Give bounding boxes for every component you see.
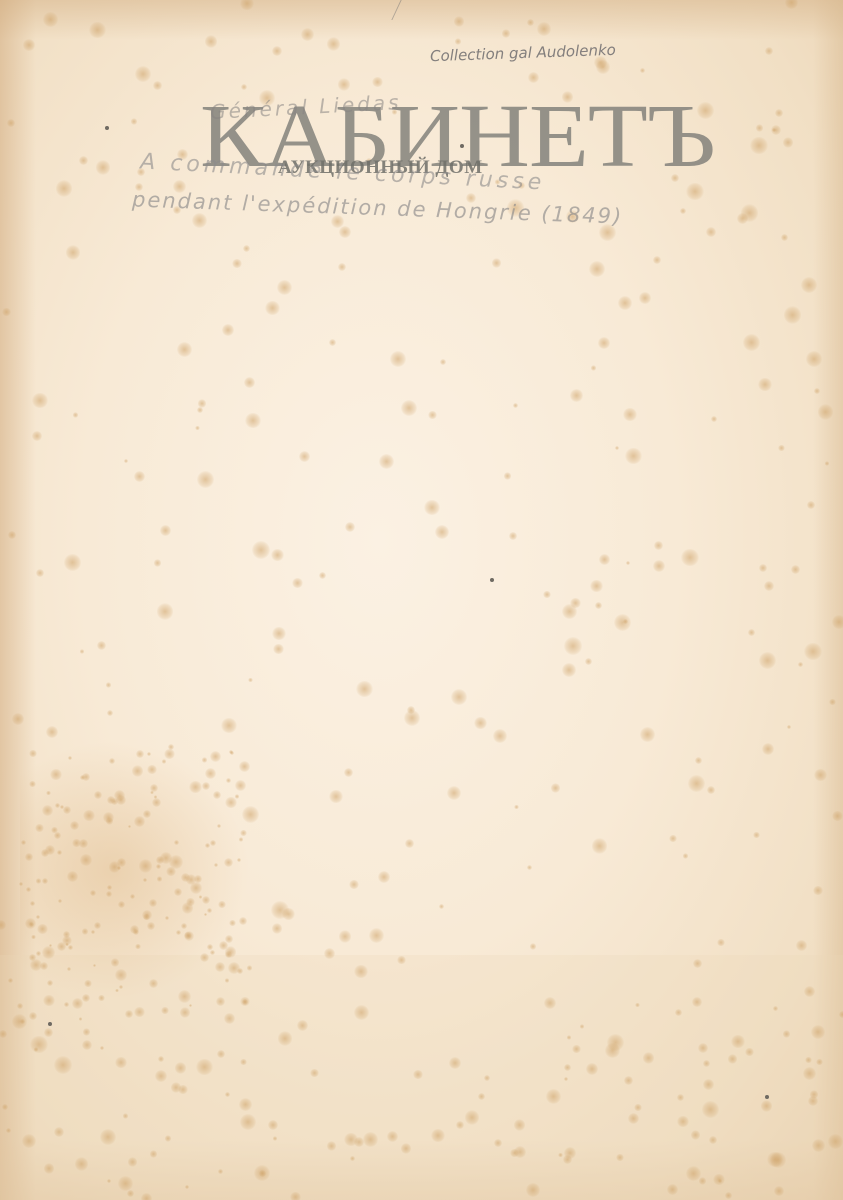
foxing-spot bbox=[338, 263, 346, 271]
foxing-spot bbox=[765, 47, 773, 55]
foxing-spot bbox=[217, 1050, 225, 1058]
foxing-spot bbox=[537, 22, 551, 36]
foxing-spot bbox=[186, 874, 196, 884]
foxing-spot bbox=[372, 77, 382, 87]
foxing-spot bbox=[64, 1002, 68, 1006]
foxing-spot bbox=[767, 1152, 782, 1167]
foxing-spot bbox=[813, 886, 823, 896]
foxing-spot bbox=[439, 904, 444, 909]
foxing-spot bbox=[451, 689, 467, 705]
foxing-spot bbox=[235, 794, 240, 799]
foxing-spot bbox=[363, 1132, 378, 1147]
foxing-spot bbox=[8, 531, 17, 540]
foxing-spot bbox=[299, 451, 310, 462]
foxing-spot bbox=[221, 718, 237, 734]
foxing-spot bbox=[455, 38, 461, 44]
foxing-spot bbox=[677, 1116, 689, 1128]
foxing-spot bbox=[115, 969, 127, 981]
foxing-spot bbox=[218, 1169, 222, 1173]
foxing-spot bbox=[40, 962, 48, 970]
foxing-spot bbox=[196, 1059, 212, 1075]
foxing-spot bbox=[207, 944, 213, 950]
foxing-spot bbox=[728, 1054, 737, 1063]
dark-speck bbox=[490, 578, 494, 582]
foxing-spot bbox=[564, 1077, 568, 1081]
foxing-spot bbox=[801, 277, 817, 293]
foxing-spot bbox=[504, 472, 511, 479]
foxing-spot bbox=[141, 1193, 152, 1200]
foxing-spot bbox=[213, 791, 221, 799]
foxing-spot bbox=[119, 985, 123, 989]
foxing-spot bbox=[804, 643, 821, 660]
foxing-spot bbox=[449, 1057, 461, 1069]
foxing-spot bbox=[589, 261, 605, 277]
foxing-spot bbox=[811, 1025, 825, 1039]
foxing-spot bbox=[527, 19, 534, 26]
foxing-spot bbox=[242, 806, 259, 823]
foxing-spot bbox=[681, 549, 699, 567]
foxing-spot bbox=[46, 726, 58, 738]
foxing-spot bbox=[252, 541, 270, 559]
foxing-spot bbox=[639, 292, 651, 304]
foxing-spot bbox=[157, 603, 174, 620]
foxing-spot bbox=[456, 1121, 464, 1129]
foxing-spot bbox=[36, 569, 44, 577]
foxing-spot bbox=[166, 867, 175, 876]
foxing-spot bbox=[354, 965, 367, 978]
foxing-spot bbox=[599, 554, 610, 565]
foxing-spot bbox=[152, 798, 161, 807]
foxing-spot bbox=[160, 852, 172, 864]
foxing-spot bbox=[43, 12, 58, 27]
foxing-spot bbox=[564, 1064, 571, 1071]
foxing-spot bbox=[832, 811, 843, 822]
foxing-spot bbox=[134, 471, 145, 482]
foxing-spot bbox=[731, 1035, 745, 1049]
foxing-spot bbox=[82, 928, 88, 934]
foxing-spot bbox=[73, 412, 78, 417]
foxing-spot bbox=[514, 1119, 525, 1130]
dark-speck bbox=[105, 126, 109, 130]
foxing-spot bbox=[796, 940, 807, 951]
foxing-spot bbox=[378, 871, 390, 883]
foxing-spot bbox=[640, 68, 644, 72]
foxing-spot bbox=[60, 805, 65, 810]
foxing-spot bbox=[640, 727, 655, 742]
foxing-spot bbox=[764, 581, 774, 591]
foxing-spot bbox=[431, 1129, 445, 1143]
foxing-spot bbox=[643, 1052, 655, 1064]
foxing-spot bbox=[580, 1024, 585, 1029]
foxing-spot bbox=[210, 950, 215, 955]
foxing-spot bbox=[628, 1113, 639, 1124]
foxing-spot bbox=[181, 923, 186, 928]
foxing-spot bbox=[68, 756, 72, 760]
foxing-spot bbox=[625, 448, 641, 464]
foxing-spot bbox=[124, 459, 129, 464]
foxing-spot bbox=[798, 662, 803, 667]
foxing-spot bbox=[301, 28, 314, 41]
pencil-scribble-top bbox=[391, 0, 441, 20]
foxing-spot bbox=[277, 280, 292, 295]
foxing-spot bbox=[527, 865, 532, 870]
foxing-spot bbox=[0, 920, 6, 930]
foxing-spot bbox=[147, 765, 156, 774]
foxing-spot bbox=[111, 798, 118, 805]
foxing-spot bbox=[244, 377, 255, 388]
foxing-spot bbox=[12, 713, 24, 725]
foxing-spot bbox=[239, 1098, 252, 1111]
foxing-spot bbox=[150, 1150, 157, 1157]
foxing-spot bbox=[161, 1007, 169, 1015]
foxing-spot bbox=[93, 964, 96, 967]
foxing-spot bbox=[139, 859, 153, 873]
foxing-spot bbox=[543, 591, 551, 599]
foxing-spot bbox=[239, 917, 247, 925]
foxing-spot bbox=[265, 301, 279, 315]
foxing-spot bbox=[677, 1094, 684, 1101]
foxing-spot bbox=[64, 554, 81, 571]
foxing-spot bbox=[44, 1163, 54, 1173]
foxing-spot bbox=[787, 725, 791, 729]
foxing-spot bbox=[192, 213, 207, 228]
foxing-spot bbox=[390, 351, 406, 367]
foxing-spot bbox=[56, 180, 72, 196]
foxing-spot bbox=[591, 365, 597, 371]
foxing-spot bbox=[25, 853, 33, 861]
foxing-spot bbox=[72, 839, 81, 848]
foxing-spot bbox=[224, 1013, 234, 1023]
foxing-spot bbox=[618, 296, 632, 310]
foxing-spot bbox=[109, 861, 120, 872]
foxing-spot bbox=[750, 137, 767, 154]
foxing-spot bbox=[136, 750, 144, 758]
foxing-spot bbox=[356, 681, 373, 698]
foxing-spot bbox=[35, 824, 44, 833]
foxing-spot bbox=[272, 46, 282, 56]
foxing-spot bbox=[50, 769, 61, 780]
foxing-spot bbox=[273, 644, 283, 654]
foxing-spot bbox=[546, 1089, 561, 1104]
foxing-spot bbox=[66, 245, 80, 259]
foxing-spot bbox=[230, 751, 234, 755]
foxing-spot bbox=[165, 1135, 171, 1141]
foxing-spot bbox=[711, 416, 717, 422]
foxing-spot bbox=[242, 999, 248, 1005]
foxing-spot bbox=[245, 413, 261, 429]
foxing-spot bbox=[292, 578, 303, 589]
foxing-spot bbox=[195, 426, 200, 431]
foxing-spot bbox=[447, 786, 462, 801]
foxing-spot bbox=[130, 925, 139, 934]
foxing-spot bbox=[808, 1096, 818, 1106]
foxing-spot bbox=[54, 1056, 72, 1074]
foxing-spot bbox=[653, 256, 661, 264]
foxing-spot bbox=[205, 35, 218, 48]
foxing-spot bbox=[791, 565, 800, 574]
foxing-spot bbox=[345, 522, 355, 532]
foxing-spot bbox=[397, 956, 406, 965]
foxing-spot bbox=[107, 885, 112, 890]
foxing-spot bbox=[558, 1153, 562, 1157]
foxing-spot bbox=[626, 561, 630, 565]
dark-speck bbox=[765, 1095, 769, 1099]
foxing-spot bbox=[562, 663, 576, 677]
foxing-spot bbox=[228, 962, 240, 974]
foxing-spot bbox=[695, 757, 702, 764]
foxing-spot bbox=[43, 995, 55, 1007]
foxing-spot bbox=[222, 324, 234, 336]
foxing-spot bbox=[37, 924, 47, 934]
foxing-spot bbox=[474, 717, 486, 729]
foxing-spot bbox=[324, 948, 335, 959]
foxing-spot bbox=[240, 830, 246, 836]
foxing-spot bbox=[197, 471, 214, 488]
foxing-spot bbox=[268, 1120, 278, 1130]
foxing-spot bbox=[31, 935, 35, 939]
foxing-spot bbox=[174, 840, 179, 845]
foxing-spot bbox=[216, 997, 225, 1006]
foxing-spot bbox=[36, 951, 41, 956]
foxing-spot bbox=[49, 944, 52, 947]
foxing-spot bbox=[339, 930, 351, 942]
foxing-spot bbox=[218, 901, 225, 908]
foxing-spot bbox=[55, 803, 60, 808]
foxing-spot bbox=[623, 408, 636, 421]
foxing-spot bbox=[405, 839, 414, 848]
foxing-spot bbox=[178, 1085, 188, 1095]
foxing-spot bbox=[774, 1186, 784, 1196]
foxing-spot bbox=[590, 580, 603, 593]
foxing-spot bbox=[572, 1045, 580, 1053]
foxing-spot bbox=[80, 649, 84, 653]
foxing-spot bbox=[828, 1134, 843, 1149]
foxing-spot bbox=[327, 1141, 336, 1150]
foxing-spot bbox=[164, 749, 175, 760]
foxing-spot bbox=[615, 446, 619, 450]
foxing-spot bbox=[832, 615, 843, 629]
foxing-spot bbox=[67, 871, 78, 882]
foxing-spot bbox=[683, 853, 688, 858]
foxing-spot bbox=[243, 245, 250, 252]
foxing-spot bbox=[240, 0, 253, 10]
foxing-spot bbox=[454, 16, 465, 27]
foxing-spot bbox=[128, 1157, 137, 1166]
foxing-spot bbox=[509, 532, 517, 540]
foxing-spot bbox=[240, 1114, 256, 1130]
foxing-spot bbox=[125, 1010, 133, 1018]
foxing-spot bbox=[669, 835, 677, 843]
foxing-spot bbox=[778, 445, 785, 452]
foxing-spot bbox=[210, 751, 221, 762]
foxing-spot bbox=[528, 72, 539, 83]
foxing-spot bbox=[691, 1130, 700, 1139]
foxing-spot bbox=[806, 351, 822, 367]
foxing-spot bbox=[814, 388, 820, 394]
foxing-spot bbox=[225, 951, 232, 958]
foxing-spot bbox=[839, 1011, 843, 1018]
foxing-spot bbox=[703, 1060, 710, 1067]
foxing-spot bbox=[748, 629, 755, 636]
foxing-spot bbox=[759, 652, 776, 669]
foxing-spot bbox=[259, 1170, 266, 1177]
foxing-spot bbox=[197, 407, 203, 413]
foxing-spot bbox=[585, 658, 592, 665]
foxing-spot bbox=[132, 765, 144, 777]
foxing-spot bbox=[115, 989, 119, 993]
foxing-spot bbox=[29, 781, 35, 787]
foxing-spot bbox=[103, 812, 114, 823]
foxing-spot bbox=[46, 791, 50, 795]
foxing-spot bbox=[131, 118, 137, 124]
foxing-spot bbox=[339, 226, 351, 238]
foxing-spot bbox=[272, 923, 283, 934]
foxing-spot bbox=[91, 930, 94, 933]
foxing-spot bbox=[502, 29, 511, 38]
foxing-spot bbox=[387, 1131, 398, 1142]
foxing-spot bbox=[514, 1146, 526, 1158]
foxing-spot bbox=[154, 559, 162, 567]
foxing-spot bbox=[586, 1063, 599, 1076]
foxing-spot bbox=[514, 805, 518, 809]
foxing-spot bbox=[329, 790, 343, 804]
foxing-spot bbox=[54, 832, 60, 838]
foxing-spot bbox=[616, 1154, 624, 1162]
foxing-spot bbox=[759, 564, 767, 572]
foxing-spot bbox=[369, 928, 384, 943]
foxing-spot bbox=[404, 710, 420, 726]
foxing-spot bbox=[544, 997, 556, 1009]
foxing-spot bbox=[816, 1059, 822, 1065]
foxing-spot bbox=[7, 119, 15, 127]
foxing-spot bbox=[207, 908, 212, 913]
foxing-spot bbox=[327, 37, 341, 51]
foxing-spot bbox=[225, 935, 233, 943]
foxing-spot bbox=[592, 838, 608, 854]
foxing-spot bbox=[706, 227, 716, 237]
foxing-spot bbox=[107, 710, 113, 716]
foxing-spot bbox=[680, 208, 686, 214]
foxing-spot bbox=[686, 1166, 701, 1181]
foxing-spot bbox=[36, 878, 42, 884]
foxing-spot bbox=[247, 965, 253, 971]
foxing-spot bbox=[23, 39, 34, 50]
foxing-spot bbox=[134, 1007, 145, 1018]
foxing-spot bbox=[783, 137, 793, 147]
foxing-spot bbox=[707, 786, 715, 794]
foxing-spot bbox=[818, 404, 833, 419]
foxing-spot bbox=[44, 1028, 53, 1037]
foxing-spot bbox=[290, 1192, 300, 1200]
foxing-spot bbox=[143, 878, 147, 882]
foxing-spot bbox=[814, 769, 827, 782]
foxing-spot bbox=[413, 1070, 422, 1079]
foxing-spot bbox=[153, 81, 162, 90]
foxing-spot bbox=[653, 560, 665, 572]
paper-sheet: Collection gal Audolenko КАБИНЕТЪ АУКЦИО… bbox=[0, 0, 843, 1200]
foxing-spot bbox=[319, 572, 326, 579]
foxing-spot bbox=[349, 880, 359, 890]
foxing-spot bbox=[803, 1067, 816, 1080]
foxing-spot bbox=[329, 339, 336, 346]
foxing-spot bbox=[158, 1056, 164, 1062]
foxing-spot bbox=[743, 334, 760, 351]
foxing-spot bbox=[598, 337, 610, 349]
foxing-spot bbox=[344, 1133, 357, 1146]
foxing-spot bbox=[401, 1143, 411, 1153]
foxing-spot bbox=[570, 389, 583, 402]
foxing-spot bbox=[2, 308, 11, 317]
dark-speck bbox=[48, 1022, 52, 1026]
foxing-spot bbox=[240, 1059, 246, 1065]
foxing-spot bbox=[79, 156, 88, 165]
foxing-spot bbox=[758, 378, 771, 391]
foxing-spot bbox=[72, 998, 82, 1008]
foxing-spot bbox=[692, 997, 702, 1007]
foxing-spot bbox=[807, 501, 815, 509]
foxing-spot bbox=[34, 1047, 38, 1051]
foxing-spot bbox=[494, 1139, 502, 1147]
foxing-spot bbox=[435, 525, 449, 539]
foxing-spot bbox=[202, 757, 208, 763]
foxing-spot bbox=[135, 66, 152, 83]
foxing-spot bbox=[160, 525, 171, 536]
foxing-spot bbox=[229, 920, 236, 927]
foxing-spot bbox=[440, 359, 447, 366]
foxing-spot bbox=[271, 549, 284, 562]
foxing-spot bbox=[239, 837, 243, 841]
foxing-spot bbox=[106, 891, 112, 897]
foxing-spot bbox=[623, 619, 628, 624]
foxing-spot bbox=[232, 259, 241, 268]
foxing-spot bbox=[762, 743, 774, 755]
foxing-spot bbox=[526, 1183, 540, 1197]
foxing-spot bbox=[634, 1104, 641, 1111]
foxing-spot bbox=[176, 930, 181, 935]
foxing-spot bbox=[530, 943, 537, 950]
foxing-spot bbox=[89, 22, 106, 39]
foxing-spot bbox=[51, 827, 57, 833]
foxing-spot bbox=[562, 604, 577, 619]
foxing-spot bbox=[177, 342, 192, 357]
foxing-spot bbox=[118, 1176, 133, 1191]
foxing-spot bbox=[278, 1031, 292, 1045]
foxing-spot bbox=[401, 400, 417, 416]
foxing-spot bbox=[753, 832, 760, 839]
foxing-spot bbox=[493, 729, 507, 743]
foxing-spot bbox=[781, 234, 788, 241]
foxing-spot bbox=[709, 1136, 717, 1144]
foxing-spot bbox=[94, 791, 102, 799]
foxing-spot bbox=[699, 1177, 707, 1185]
foxing-spot bbox=[115, 1057, 126, 1068]
foxing-spot bbox=[775, 109, 783, 117]
foxing-spot bbox=[97, 641, 106, 650]
foxing-spot bbox=[688, 775, 705, 792]
foxing-spot bbox=[492, 258, 501, 267]
foxing-spot bbox=[596, 60, 609, 73]
foxing-spot bbox=[106, 682, 112, 688]
foxing-spot bbox=[96, 160, 110, 174]
foxing-spot bbox=[379, 454, 394, 469]
foxing-spot bbox=[30, 1036, 48, 1054]
foxing-spot bbox=[785, 0, 798, 9]
foxing-spot bbox=[354, 1005, 369, 1020]
foxing-spot bbox=[42, 878, 48, 884]
foxing-spot bbox=[564, 637, 582, 655]
foxing-spot bbox=[32, 431, 41, 440]
foxing-spot bbox=[272, 627, 285, 640]
